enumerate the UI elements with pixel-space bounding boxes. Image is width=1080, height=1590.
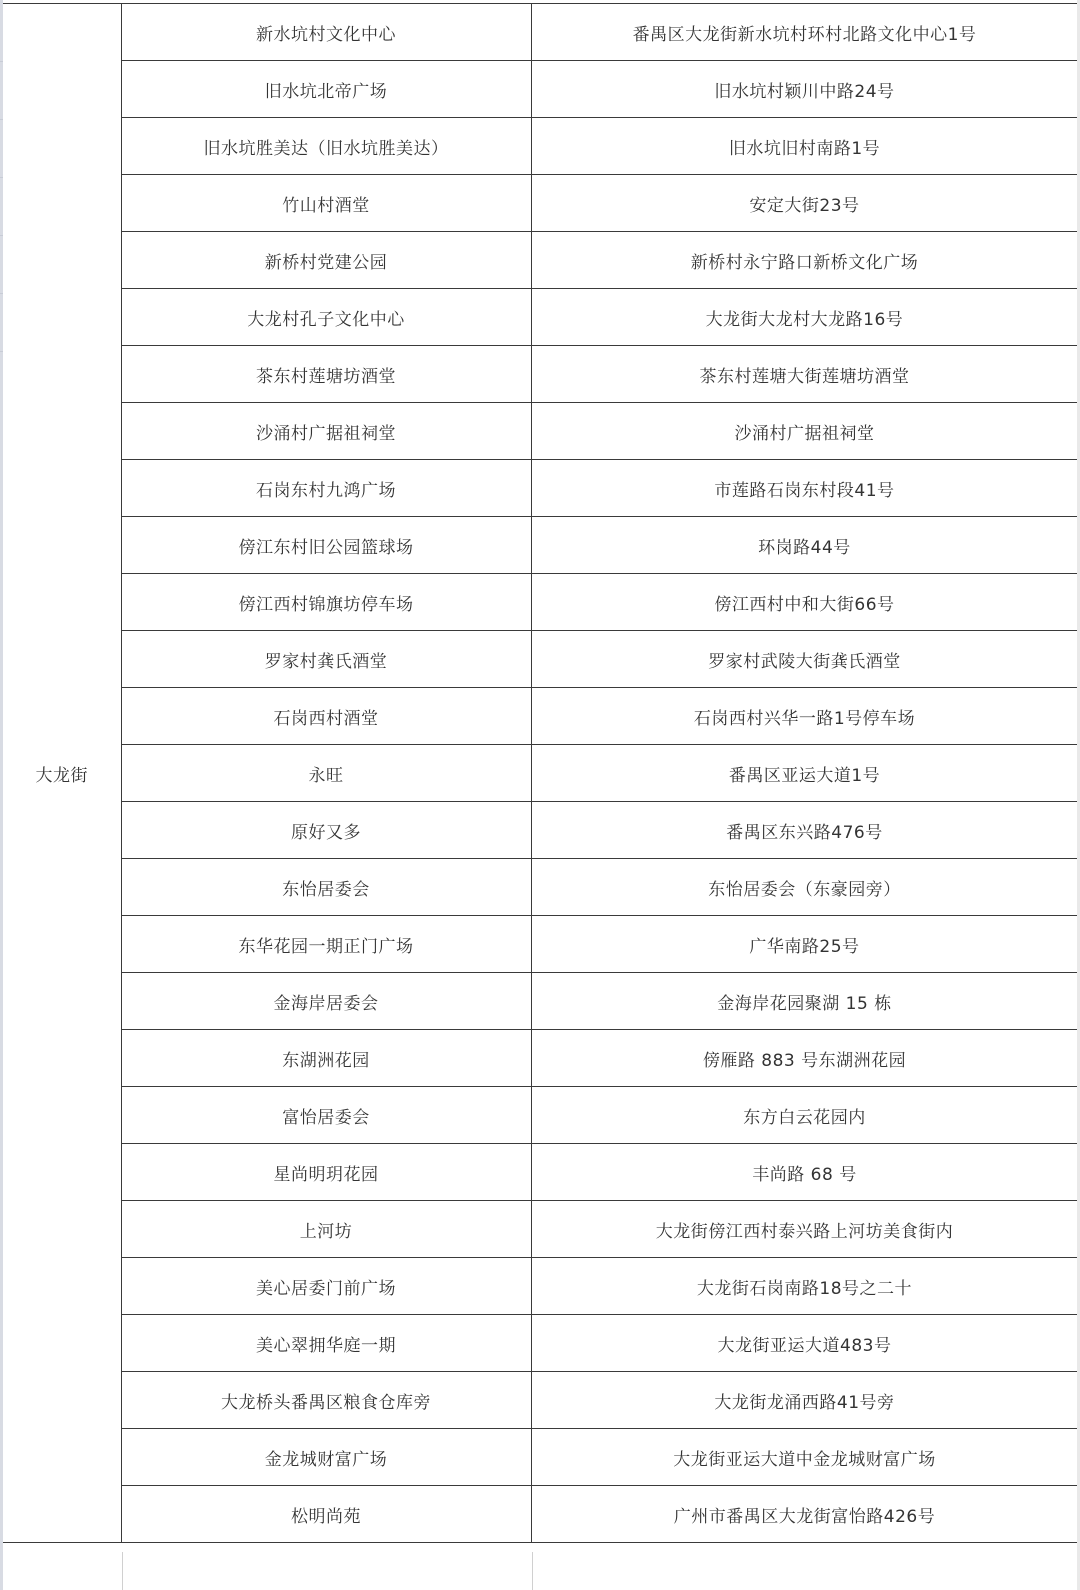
table-row: 茶东村莲塘坊酒堂 茶东村莲塘大街莲塘坊酒堂 (3, 346, 1078, 403)
address-cell[interactable]: 大龙街傍江西村泰兴路上河坊美食街内 (531, 1201, 1078, 1258)
next-row-divider (532, 1552, 533, 1590)
next-row-divider (122, 1552, 123, 1590)
site-cell[interactable]: 东华花园一期正门广场 (121, 916, 531, 973)
table-row: 上河坊 大龙街傍江西村泰兴路上河坊美食街内 (3, 1201, 1078, 1258)
table-row: 星尚明玥花园 丰尚路 68 号 (3, 1144, 1078, 1201)
table-row: 大龙桥头番禺区粮食仓库旁 大龙街龙涌西路41号旁 (3, 1372, 1078, 1429)
address-cell[interactable]: 石岗西村兴华一路1号停车场 (531, 688, 1078, 745)
address-cell[interactable]: 大龙街大龙村大龙路16号 (531, 289, 1078, 346)
site-cell[interactable]: 永旺 (121, 745, 531, 802)
site-cell[interactable]: 旧水坑胜美达（旧水坑胜美达） (121, 118, 531, 175)
address-cell[interactable]: 沙涌村广据祖祠堂 (531, 403, 1078, 460)
address-cell[interactable]: 丰尚路 68 号 (531, 1144, 1078, 1201)
site-cell[interactable]: 松明尚苑 (121, 1486, 531, 1543)
site-cell[interactable]: 旧水坑北帝广场 (121, 61, 531, 118)
address-cell[interactable]: 金海岸花园聚湖 15 栋 (531, 973, 1078, 1030)
site-cell[interactable]: 石岗西村酒堂 (121, 688, 531, 745)
address-cell[interactable]: 新桥村永宁路口新桥文化广场 (531, 232, 1078, 289)
table-row: 美心居委门前广场 大龙街石岗南路18号之二十 (3, 1258, 1078, 1315)
site-cell[interactable]: 傍江东村旧公园篮球场 (121, 517, 531, 574)
address-cell[interactable]: 罗家村武陵大街龚氏酒堂 (531, 631, 1078, 688)
address-cell[interactable]: 番禺区东兴路476号 (531, 802, 1078, 859)
table-row: 旧水坑胜美达（旧水坑胜美达） 旧水坑旧村南路1号 (3, 118, 1078, 175)
table-row: 大龙街 新水坑村文化中心 番禺区大龙街新水坑村环村北路文化中心1号 (3, 4, 1078, 61)
site-cell[interactable]: 罗家村龚氏酒堂 (121, 631, 531, 688)
site-cell[interactable]: 新桥村党建公园 (121, 232, 531, 289)
site-cell[interactable]: 金海岸居委会 (121, 973, 531, 1030)
address-cell[interactable]: 市莲路石岗东村段41号 (531, 460, 1078, 517)
site-cell[interactable]: 东怡居委会 (121, 859, 531, 916)
site-cell[interactable]: 大龙桥头番禺区粮食仓库旁 (121, 1372, 531, 1429)
site-cell[interactable]: 石岗东村九鸿广场 (121, 460, 531, 517)
table-row: 金海岸居委会 金海岸花园聚湖 15 栋 (3, 973, 1078, 1030)
table-row: 原好又多 番禺区东兴路476号 (3, 802, 1078, 859)
address-cell[interactable]: 安定大街23号 (531, 175, 1078, 232)
address-cell[interactable]: 大龙街龙涌西路41号旁 (531, 1372, 1078, 1429)
table-row: 新桥村党建公园 新桥村永宁路口新桥文化广场 (3, 232, 1078, 289)
address-cell[interactable]: 傍雁路 883 号东湖洲花园 (531, 1030, 1078, 1087)
table-row: 大龙村孔子文化中心 大龙街大龙村大龙路16号 (3, 289, 1078, 346)
address-cell[interactable]: 番禺区亚运大道1号 (531, 745, 1078, 802)
site-cell[interactable]: 美心居委门前广场 (121, 1258, 531, 1315)
table-row: 石岗西村酒堂 石岗西村兴华一路1号停车场 (3, 688, 1078, 745)
table-row: 永旺 番禺区亚运大道1号 (3, 745, 1078, 802)
site-cell[interactable]: 竹山村酒堂 (121, 175, 531, 232)
address-cell[interactable]: 旧水坑村颖川中路24号 (531, 61, 1078, 118)
address-cell[interactable]: 广州市番禺区大龙街富怡路426号 (531, 1486, 1078, 1543)
address-cell[interactable]: 傍江西村中和大街66号 (531, 574, 1078, 631)
site-address-table: 大龙街 新水坑村文化中心 番禺区大龙街新水坑村环村北路文化中心1号 旧水坑北帝广… (3, 3, 1079, 1543)
site-cell[interactable]: 金龙城财富广场 (121, 1429, 531, 1486)
district-cell[interactable]: 大龙街 (3, 4, 121, 1543)
site-cell[interactable]: 富怡居委会 (121, 1087, 531, 1144)
address-cell[interactable]: 东方白云花园内 (531, 1087, 1078, 1144)
address-cell[interactable]: 东怡居委会（东豪园旁） (531, 859, 1078, 916)
spreadsheet-page: 大龙街 新水坑村文化中心 番禺区大龙街新水坑村环村北路文化中心1号 旧水坑北帝广… (0, 0, 1080, 1590)
address-cell[interactable]: 番禺区大龙街新水坑村环村北路文化中心1号 (531, 4, 1078, 61)
table-row: 松明尚苑 广州市番禺区大龙街富怡路426号 (3, 1486, 1078, 1543)
site-cell[interactable]: 茶东村莲塘坊酒堂 (121, 346, 531, 403)
address-cell[interactable]: 广华南路25号 (531, 916, 1078, 973)
site-cell[interactable]: 沙涌村广据祖祠堂 (121, 403, 531, 460)
site-cell[interactable]: 新水坑村文化中心 (121, 4, 531, 61)
table-row: 金龙城财富广场 大龙街亚运大道中金龙城财富广场 (3, 1429, 1078, 1486)
table-row: 旧水坑北帝广场 旧水坑村颖川中路24号 (3, 61, 1078, 118)
site-cell[interactable]: 大龙村孔子文化中心 (121, 289, 531, 346)
address-cell[interactable]: 大龙街石岗南路18号之二十 (531, 1258, 1078, 1315)
table-row: 东怡居委会 东怡居委会（东豪园旁） (3, 859, 1078, 916)
table-row: 美心翠拥华庭一期 大龙街亚运大道483号 (3, 1315, 1078, 1372)
table-row: 富怡居委会 东方白云花园内 (3, 1087, 1078, 1144)
site-cell[interactable]: 美心翠拥华庭一期 (121, 1315, 531, 1372)
table-row: 傍江东村旧公园篮球场 环岗路44号 (3, 517, 1078, 574)
site-cell[interactable]: 星尚明玥花园 (121, 1144, 531, 1201)
address-cell[interactable]: 大龙街亚运大道中金龙城财富广场 (531, 1429, 1078, 1486)
table-row: 竹山村酒堂 安定大街23号 (3, 175, 1078, 232)
site-cell[interactable]: 东湖洲花园 (121, 1030, 531, 1087)
site-cell[interactable]: 原好又多 (121, 802, 531, 859)
table-row: 罗家村龚氏酒堂 罗家村武陵大街龚氏酒堂 (3, 631, 1078, 688)
site-cell[interactable]: 傍江西村锦旗坊停车场 (121, 574, 531, 631)
address-cell[interactable]: 环岗路44号 (531, 517, 1078, 574)
address-cell[interactable]: 茶东村莲塘大街莲塘坊酒堂 (531, 346, 1078, 403)
table-row: 沙涌村广据祖祠堂 沙涌村广据祖祠堂 (3, 403, 1078, 460)
table-row: 东华花园一期正门广场 广华南路25号 (3, 916, 1078, 973)
site-cell[interactable]: 上河坊 (121, 1201, 531, 1258)
table-row: 石岗东村九鸿广场 市莲路石岗东村段41号 (3, 460, 1078, 517)
table-row: 东湖洲花园 傍雁路 883 号东湖洲花园 (3, 1030, 1078, 1087)
table-row: 傍江西村锦旗坊停车场 傍江西村中和大街66号 (3, 574, 1078, 631)
address-cell[interactable]: 大龙街亚运大道483号 (531, 1315, 1078, 1372)
address-cell[interactable]: 旧水坑旧村南路1号 (531, 118, 1078, 175)
